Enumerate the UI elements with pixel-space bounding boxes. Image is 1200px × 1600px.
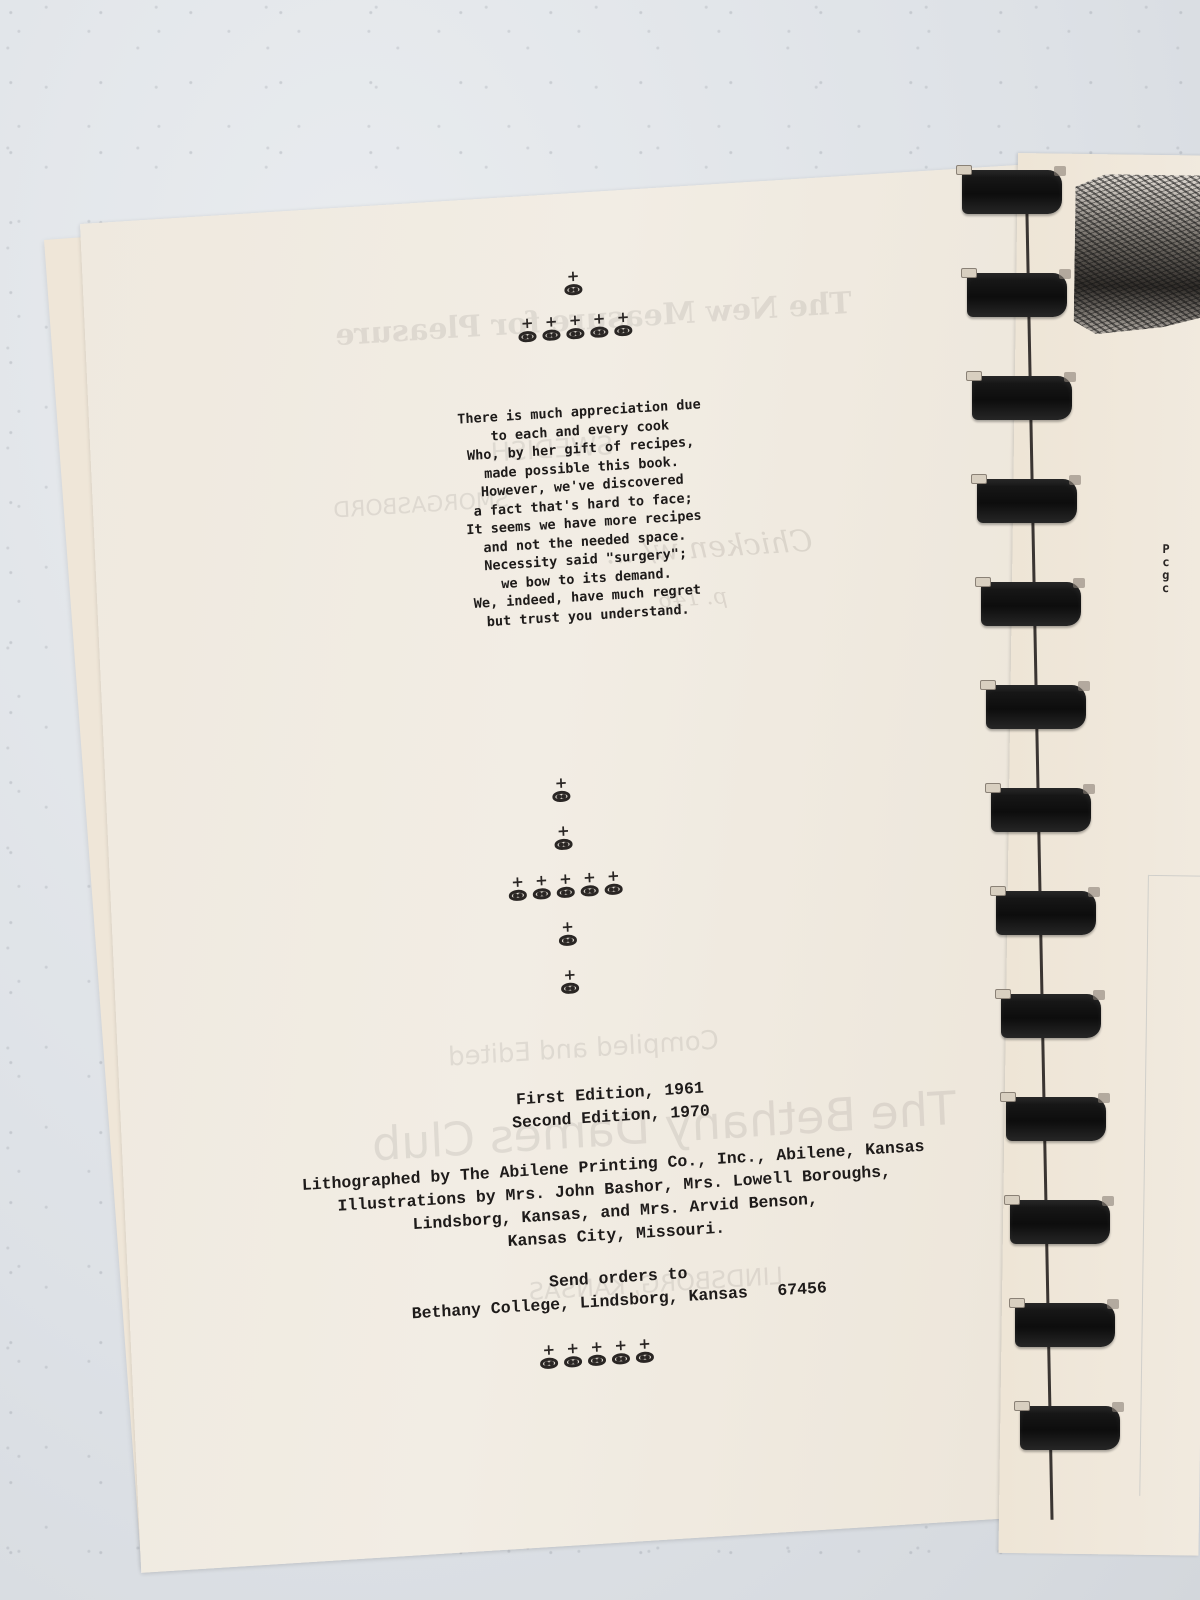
crown-ornament-icon [632, 1340, 657, 1363]
binding-coil [962, 170, 1062, 214]
crown-ornament-icon [553, 875, 578, 898]
crown-ornament-icon [549, 779, 574, 802]
ornament-group-bottom [526, 1339, 667, 1378]
binding-coil [1006, 1097, 1106, 1141]
binding-coil [972, 376, 1072, 420]
left-page: The New Measure for Pleasure SWEDISH SMO… [80, 165, 1084, 1573]
crown-ornament-icon [529, 877, 554, 900]
right-page-text-fragment: Pcgc [1162, 543, 1170, 595]
crown-ornament-icon [557, 971, 582, 994]
crown-ornament-icon [560, 1345, 585, 1368]
crown-ornament-icon [563, 316, 588, 339]
crown-ornament-icon [611, 313, 636, 336]
right-page-frame [1139, 875, 1200, 1497]
ornament-row [505, 313, 647, 366]
binding-coil [991, 788, 1091, 832]
crown-ornament-icon [608, 1342, 633, 1365]
crown-ornament-icon [561, 272, 586, 295]
binding-coil [977, 479, 1077, 523]
binding-coil [1020, 1406, 1120, 1450]
bleed-through-compiled: Compiled and Edited [447, 1026, 719, 1073]
crown-ornament-icon [555, 923, 580, 946]
binding-coil [996, 891, 1096, 935]
colophon: First Edition, 1961 Second Edition, 1970… [250, 1060, 979, 1335]
spiral-binding [945, 150, 1115, 1550]
crown-ornament-icon [551, 827, 576, 850]
dedication-poem: There is much appreciation dueto each an… [389, 391, 778, 637]
ornament-group-top [503, 269, 647, 366]
binding-coil [1010, 1200, 1110, 1244]
binding-coil [981, 582, 1081, 626]
ornament-row [499, 967, 641, 1024]
binding-coil [986, 685, 1086, 729]
right-page-letter: c [1162, 582, 1169, 595]
binding-coil [1001, 994, 1101, 1038]
ornament-group-middle [491, 776, 642, 1025]
ornament-row [526, 1339, 667, 1378]
crown-ornament-icon [584, 1343, 609, 1366]
crown-ornament-icon [539, 318, 564, 341]
crown-ornament-icon [515, 319, 540, 342]
crown-ornament-icon [536, 1346, 561, 1369]
binding-coil [1015, 1303, 1115, 1347]
binding-coil [967, 273, 1067, 317]
crown-ornament-icon [577, 874, 602, 897]
crown-ornament-icon [505, 878, 530, 901]
crown-ornament-icon [601, 872, 626, 895]
crown-ornament-icon [587, 315, 612, 338]
